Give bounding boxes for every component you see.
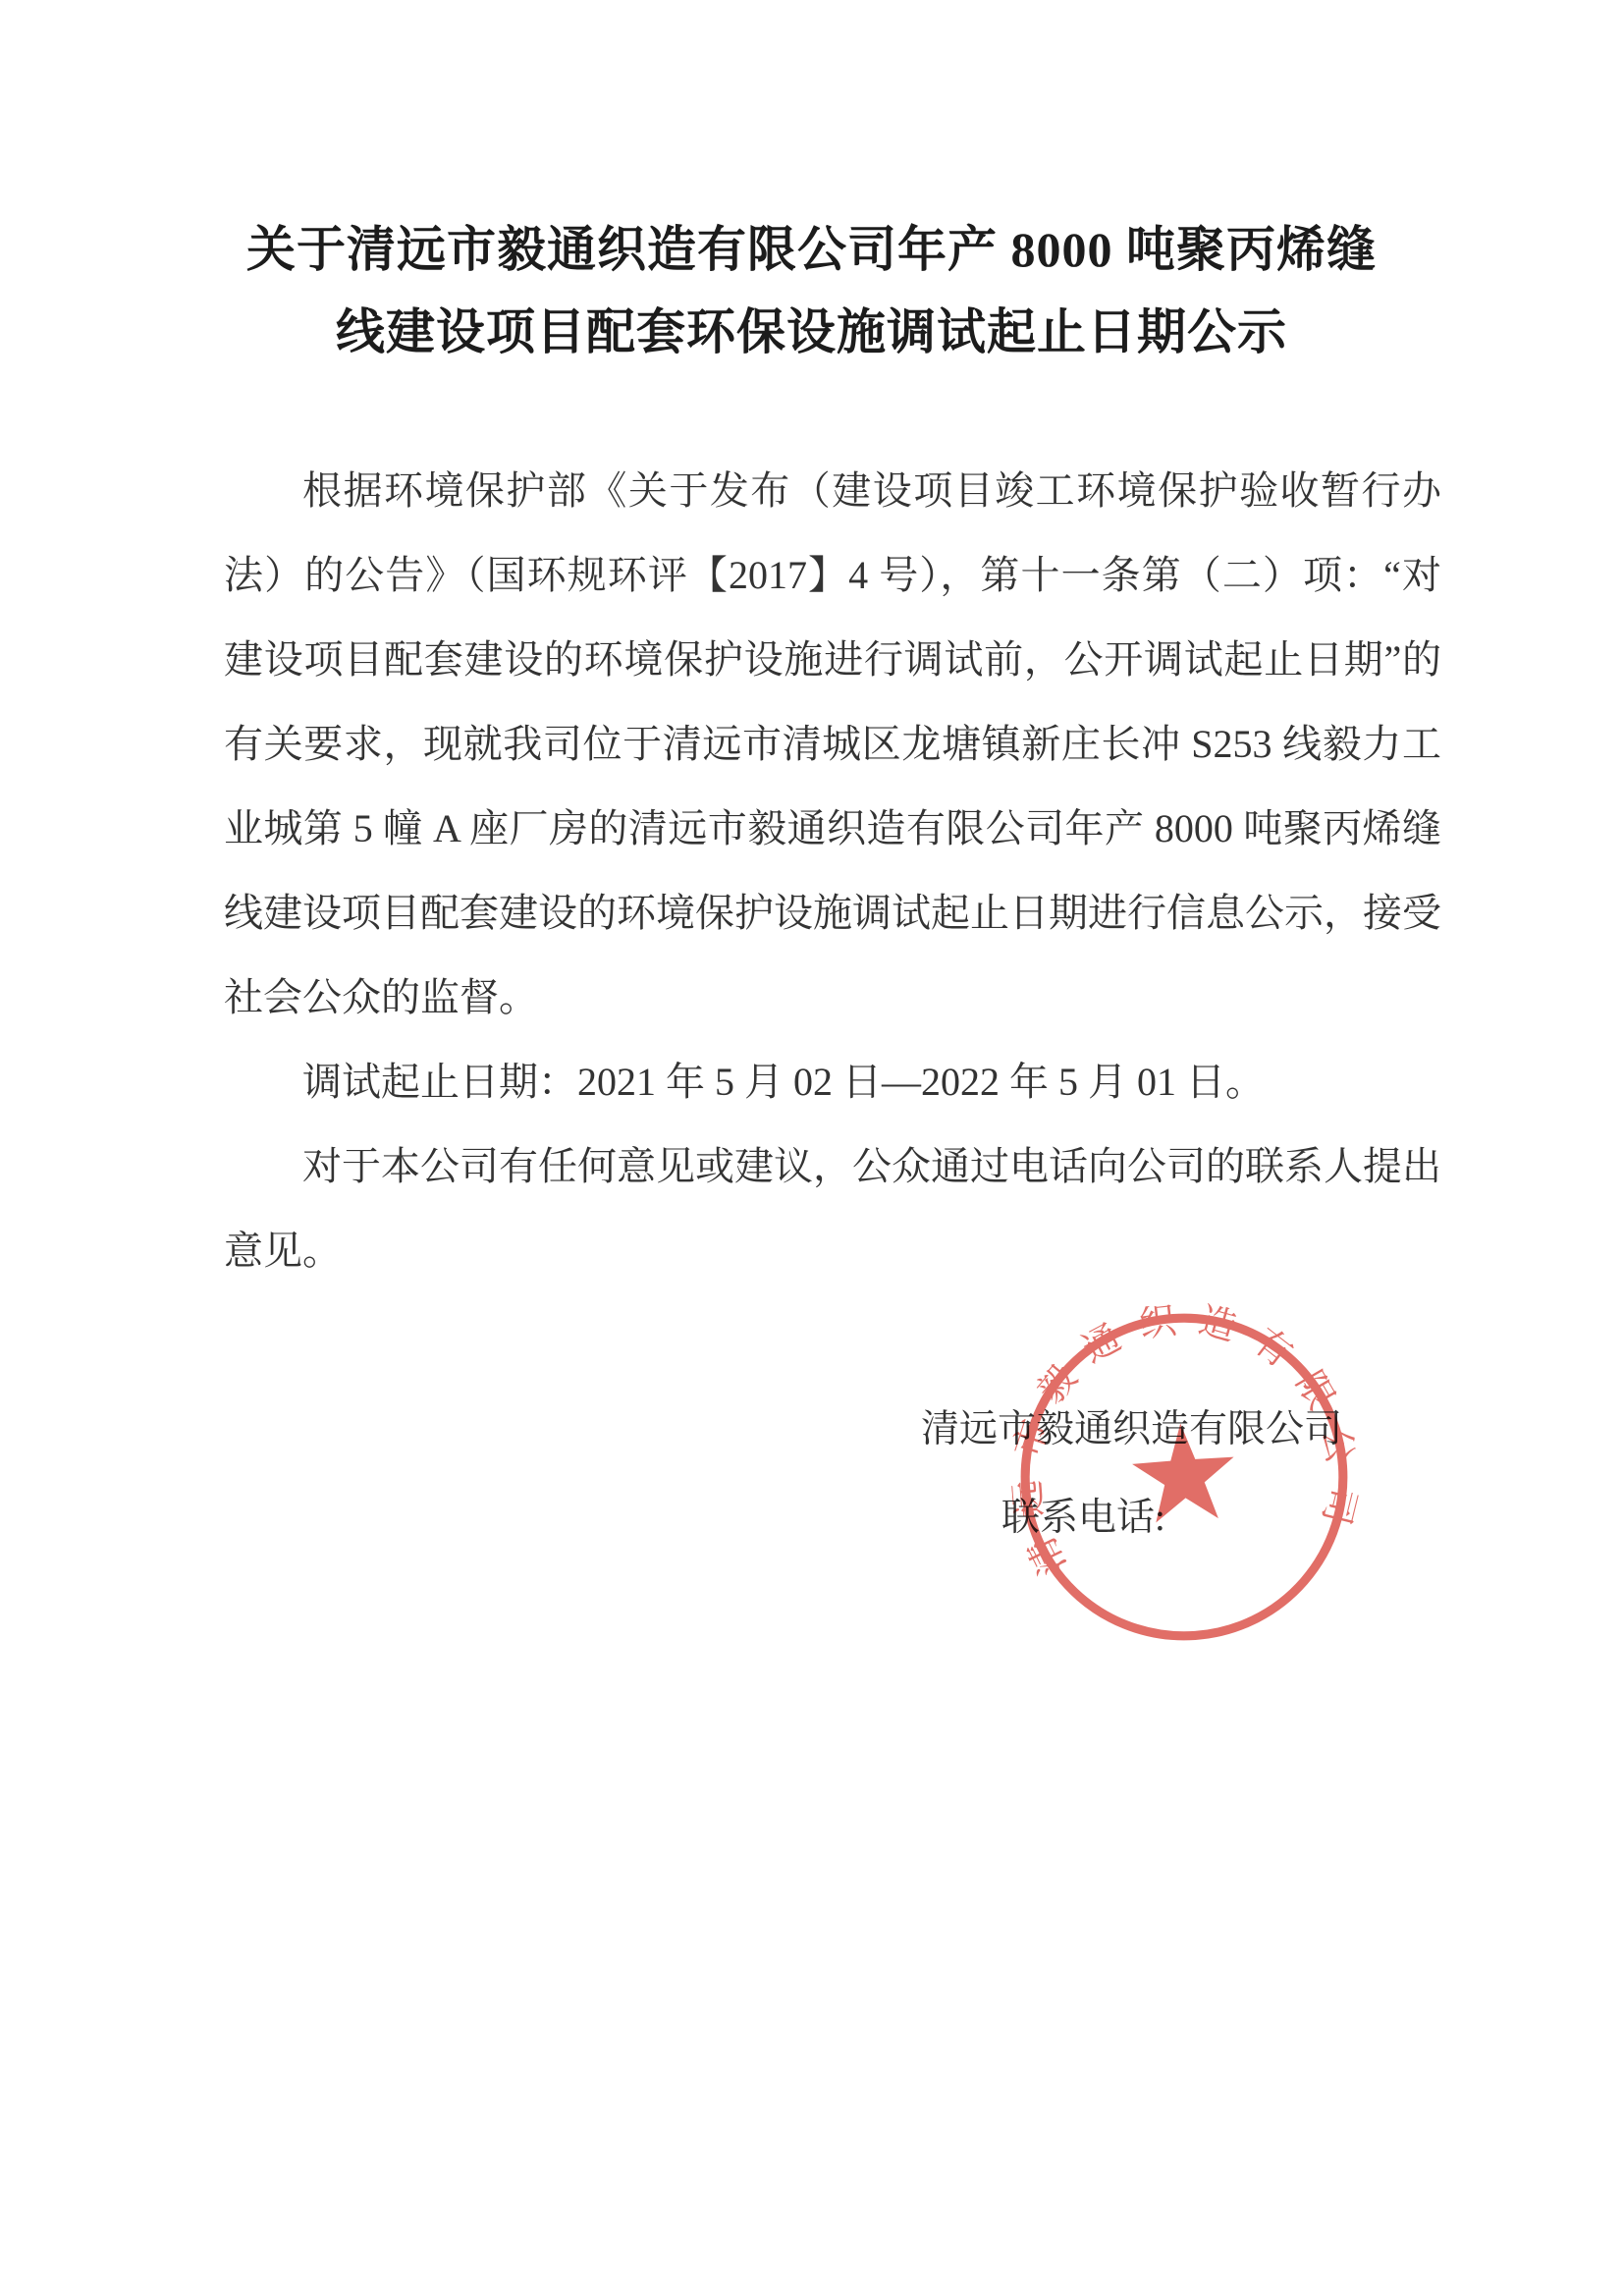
document-title: 关于清远市毅通织造有限公司年产 8000 吨聚丙烯缝 线建设项目配套环保设施调试… [0, 208, 1623, 373]
document-title-line-2: 线建设项目配套环保设施调试起止日期公示 [0, 291, 1623, 373]
seal-star-icon [1129, 1420, 1237, 1524]
paragraph-legal-basis: 根据环境保护部《关于发布（建设项目竣工环境保护验收暂行办法）的公告》（国环规环评… [224, 449, 1441, 1040]
document-body: 根据环境保护部《关于发布（建设项目竣工环境保护验收暂行办法）的公告》（国环规环评… [224, 449, 1441, 1293]
document-page: 关于清远市毅通织造有限公司年产 8000 吨聚丙烯缝 线建设项目配套环保设施调试… [0, 0, 1623, 2296]
company-seal-stamp-icon: 清远市毅通织造有限公司 [1000, 1292, 1369, 1662]
paragraph-commissioning-dates: 调试起止日期：2021 年 5 月 02 日—2022 年 5 月 01 日。 [224, 1040, 1441, 1124]
paragraph-feedback: 对于本公司有任何意见或建议，公众通过电话向公司的联系人提出意见。 [224, 1124, 1441, 1293]
document-title-line-1: 关于清远市毅通织造有限公司年产 8000 吨聚丙烯缝 [0, 208, 1623, 291]
